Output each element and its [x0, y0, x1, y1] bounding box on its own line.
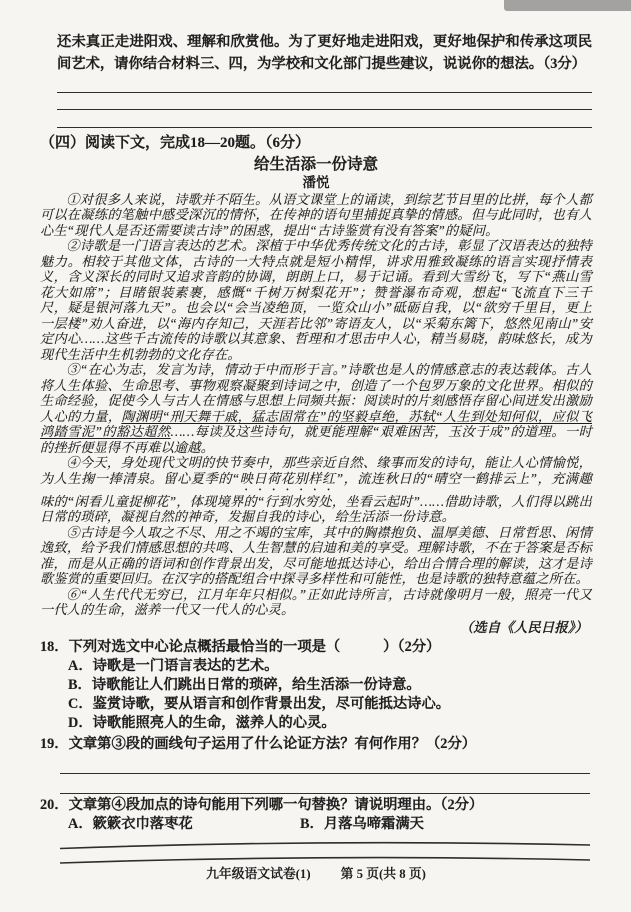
paragraph-text: ①对很多人来说，诗歌并不陌生。从语文课堂上的诵读，到综艺节目里的比拼，每个人都可…: [40, 192, 592, 238]
answer-line: [60, 754, 590, 774]
question-20-option-b: B．月落乌啼霜满天: [300, 815, 424, 834]
paragraph-text: ⑤古诗是今人取之不尽、用之不竭的宝库，其中的胸襟抱负、温厚美德、日常哲思、闲情逸…: [40, 525, 592, 587]
article-body: ①对很多人来说，诗歌并不陌生。从语文课堂上的诵读，到综艺节目里的比拼，每个人都可…: [40, 192, 592, 618]
article-paragraph: ②诗歌是一门语言表达的艺术。深植于中华优秀传统文化的古诗，彰显了汉语表达的独特魅…: [40, 238, 592, 362]
answer-line: [58, 854, 592, 864]
question-18-option-c: C．鉴赏诗歌，要从语言和创作背景出发，尽可能抵达诗心。: [68, 695, 592, 714]
question17-continuation-text: 还未真正走进阳戏、理解和欣赏他。为了更好地走进阳戏，更好地保护和传承这项民间艺术…: [57, 32, 592, 75]
paragraph-text: ②诗歌是一门语言表达的艺术。深植于中华优秀传统文化的古诗，彰显了汉语表达的独特魅…: [40, 238, 592, 362]
article-paragraph: ⑤古诗是今人取之不尽、用之不竭的宝库，其中的胸襟抱负、温厚美德、日常哲思、闲情逸…: [40, 525, 592, 587]
answer-line: [57, 110, 592, 128]
answer-lines-q17: [57, 75, 592, 128]
article-paragraph: ④今天，身处现代文明的快节奏中，那些亲近自然、缘事而发的诗句，能让人心情愉悦，为…: [40, 455, 592, 525]
footer-page-number: 第 5 页(共 8 页): [341, 866, 426, 882]
article-paragraph: ①对很多人来说，诗歌并不陌生。从语文课堂上的诵读，到综艺节目里的比拼，每个人都可…: [40, 192, 592, 239]
question-19-text: 19．文章第③段的画线句子运用了什么论证方法？有何作用？（2分）: [40, 735, 592, 754]
dotted-emphasis-phrase: 映日荷花别样红: [239, 471, 335, 486]
page-content: 还未真正走进阳戏、理解和欣赏他。为了更好地走进阳戏，更好地保护和传承这项民间艺术…: [40, 0, 592, 882]
answer-line: [60, 774, 590, 794]
question-18-text: 18．下列对选文中心论点概括最恰当的一项是（ ）（2分）: [40, 638, 592, 657]
question-18-option-b: B．诗歌能让人们跳出日常的琐碎，给生活添一份诗意。: [68, 676, 592, 695]
paragraph-text: ⑥“人生代代无穷已，江月年年只相似。”正如此诗所言，古诗就像明月一般，照亮一代又…: [40, 587, 592, 618]
article-author: 潘悦: [40, 175, 592, 191]
exam-page: 还未真正走进阳戏、理解和欣赏他。为了更好地走进阳戏，更好地保护和传承这项民间艺术…: [0, 0, 631, 912]
article-title: 给生活添一份诗意: [40, 155, 592, 174]
footer-paper-name: 九年级语文试卷(1): [206, 866, 311, 882]
article-source: （选自《人民日报》）: [40, 620, 588, 636]
question-20-text: 20．文章第④段加点的诗句能用下列哪一句替换？请说明理由。（2分）: [40, 796, 592, 815]
question-20-option-a: A．簌簌衣巾落枣花: [68, 815, 300, 834]
answer-line: [57, 93, 592, 111]
article-paragraph: ③“在心为志，发言为诗，情动于中而形于言。”诗歌也是人的情感意志的表达载体。古人…: [40, 362, 592, 455]
answer-lines-q19: [40, 754, 592, 794]
answer-line: [58, 840, 592, 850]
article-paragraph: ⑥“人生代代无穷已，江月年年只相似。”正如此诗所言，古诗就像明月一般，照亮一代又…: [40, 587, 592, 618]
question-18-option-d: D．诗歌能照亮人的生命，滋养人的心灵。: [68, 714, 592, 733]
page-footer: 九年级语文试卷(1) 第 5 页(共 8 页): [40, 866, 592, 882]
question-18-option-a: A．诗歌是一门语言表达的艺术。: [68, 657, 592, 676]
question-20-options: A．簌簌衣巾落枣花 B．月落乌啼霜满天: [68, 815, 592, 834]
answer-line: [57, 75, 592, 93]
section-heading: （四）阅读下文，完成18—20题。（6分）: [40, 134, 592, 153]
